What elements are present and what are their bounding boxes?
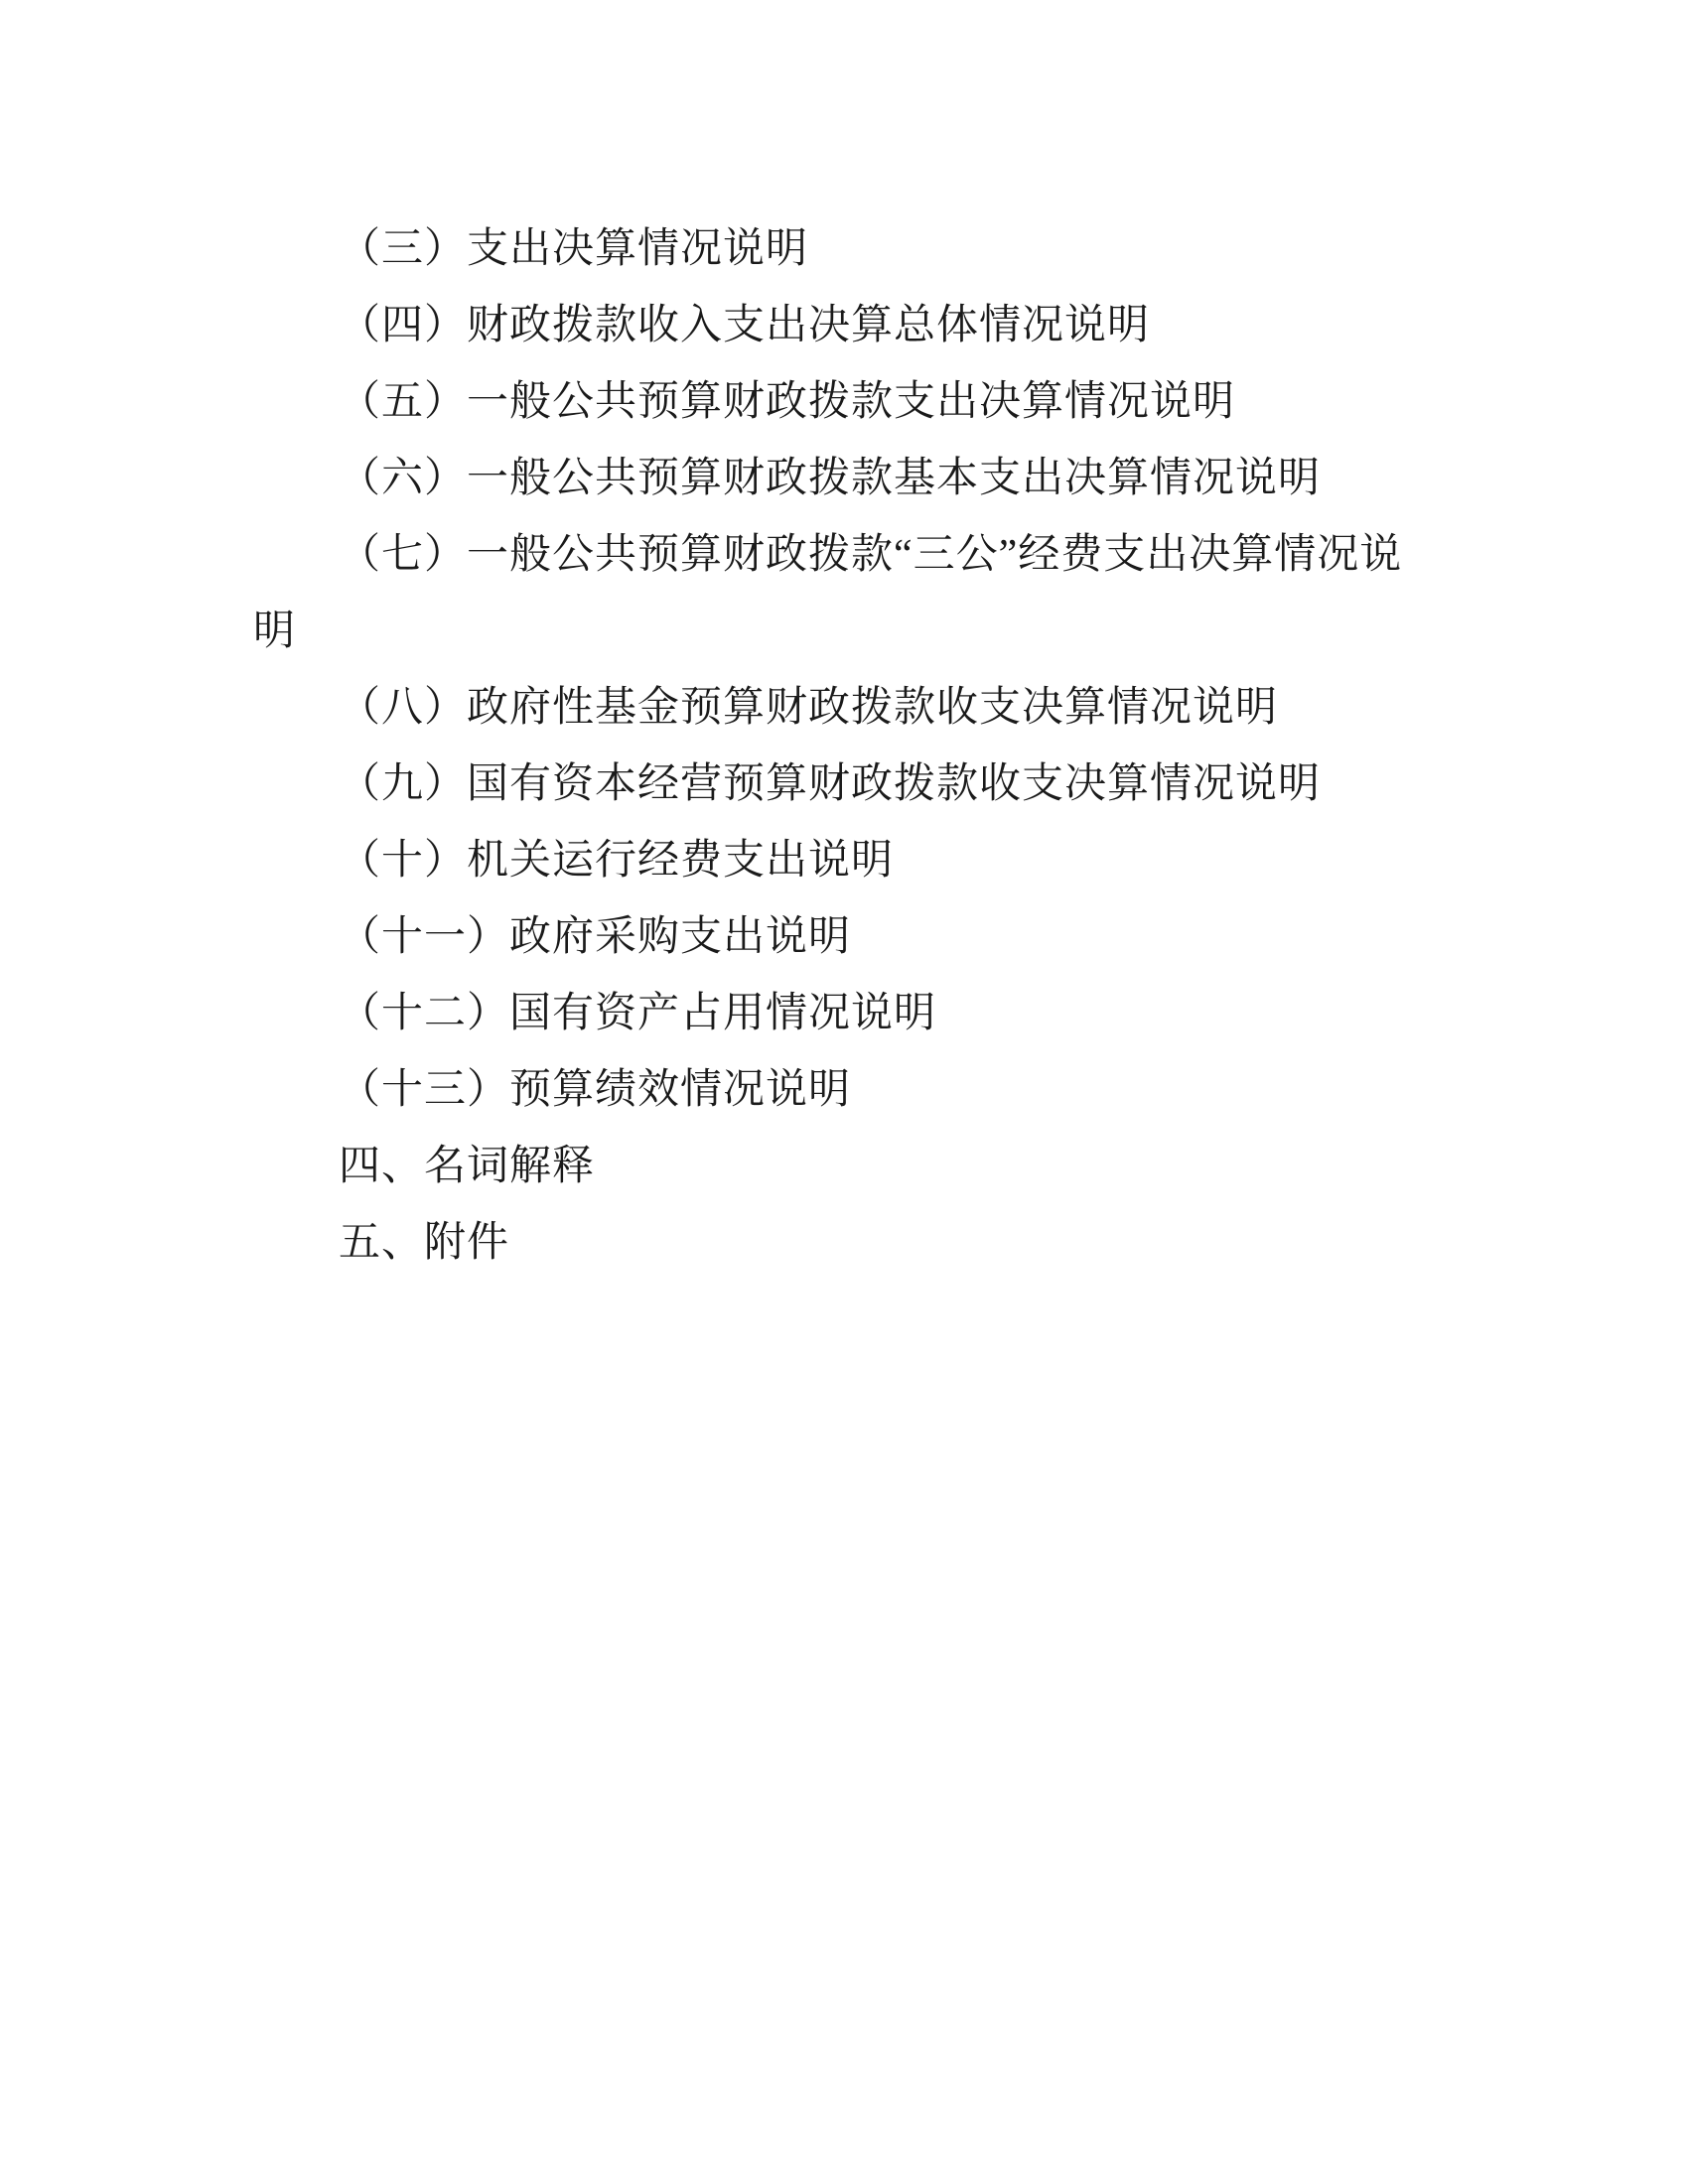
toc-item: （十一）政府采购支出说明 [253,899,1420,976]
toc-item: （三）支出决算情况说明 [253,211,1420,288]
toc-item: 五、附件 [253,1205,1420,1282]
toc-item: （四）财政拨款收入支出决算总体情况说明 [253,288,1420,364]
toc-item: （五）一般公共预算财政拨款支出决算情况说明 [253,364,1420,441]
toc-section: （三）支出决算情况说明 （四）财政拨款收入支出决算总体情况说明 （五）一般公共预… [253,211,1420,1282]
toc-item: （十二）国有资产占用情况说明 [253,976,1420,1052]
document-page: （三）支出决算情况说明 （四）财政拨款收入支出决算总体情况说明 （五）一般公共预… [0,0,1688,2184]
toc-item: （六）一般公共预算财政拨款基本支出决算情况说明 [253,441,1420,517]
toc-item: （十三）预算绩效情况说明 [253,1052,1420,1129]
toc-item: （十）机关运行经费支出说明 [253,823,1420,899]
toc-item: （七）一般公共预算财政拨款“三公”经费支出决算情况说明 [253,517,1420,670]
toc-item: （八）政府性基金预算财政拨款收支决算情况说明 [253,670,1420,747]
toc-item: 四、名词解释 [253,1129,1420,1205]
toc-item: （九）国有资本经营预算财政拨款收支决算情况说明 [253,747,1420,823]
